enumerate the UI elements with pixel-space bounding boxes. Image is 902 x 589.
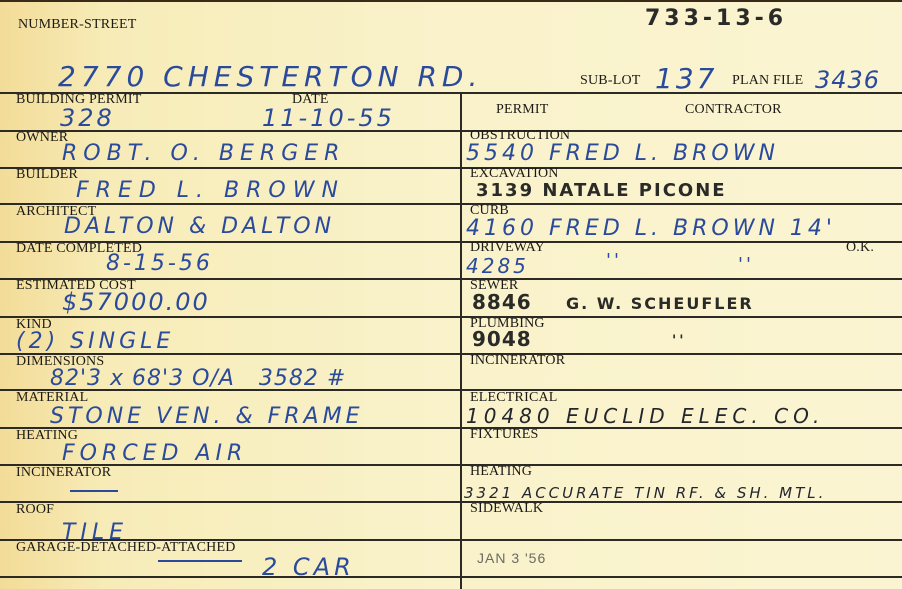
heating-permit-label: HEATING xyxy=(470,465,532,479)
rule xyxy=(0,167,902,169)
date-stamp: JAN 3 '56 xyxy=(477,550,546,566)
column-divider xyxy=(460,92,462,589)
incinerator-dash xyxy=(70,490,118,492)
rule xyxy=(0,130,902,132)
curb-value: 4160 FRED L. BROWN 14' xyxy=(466,216,836,241)
sewer-permit: 8846 xyxy=(472,290,532,314)
number-street-label: NUMBER-STREET xyxy=(18,18,137,32)
rule xyxy=(0,576,902,578)
architect-value: DALTON & DALTON xyxy=(64,214,335,239)
fixtures-label: FIXTURES xyxy=(470,428,539,442)
sewer-contractor: G. W. SCHEUFLER xyxy=(566,294,754,313)
builder-label: BUILDER xyxy=(16,168,78,182)
incinerator-label: INCINERATOR xyxy=(16,466,111,480)
plumbing-permit: 9048 xyxy=(472,327,532,351)
garage-value: 2 CAR xyxy=(262,553,355,581)
date-value: 11-10-55 xyxy=(262,104,395,132)
driveway-label: DRIVEWAY xyxy=(470,241,545,255)
sub-lot-label: SUB-LOT xyxy=(580,74,641,88)
estimated-cost-value: $57000.00 xyxy=(62,288,210,316)
builder-value: FRED L. BROWN xyxy=(76,178,345,203)
plan-file-value: 3436 xyxy=(815,66,880,94)
garage-label: GARAGE-DETACHED-ATTACHED xyxy=(16,541,236,555)
permit-index-card: 733-13-6 NUMBER-STREET 2770 CHESTERTON R… xyxy=(0,0,902,589)
excavation-value: 3139 NATALE PICONE xyxy=(476,180,727,201)
number-street-value: 2770 CHESTERTON RD. xyxy=(58,60,482,93)
driveway-permit: 4285 xyxy=(466,254,529,278)
permit-column-header: PERMIT xyxy=(496,103,549,117)
sidewalk-label: SIDEWALK xyxy=(470,502,543,516)
electrical-value: 10480 EUCLID ELEC. CO. xyxy=(466,404,824,428)
contractor-column-header: CONTRACTOR xyxy=(685,103,782,117)
plumbing-ditto: '' xyxy=(672,333,687,349)
material-label: MATERIAL xyxy=(16,391,88,405)
plan-file-label: PLAN FILE xyxy=(732,74,803,88)
dimensions-value: 82'3 x 68'3 O/A 3582 # xyxy=(50,366,346,391)
card-number: 733-13-6 xyxy=(645,6,787,31)
owner-value: ROBT. O. BERGER xyxy=(62,141,345,166)
obstruction-value: 5540 FRED L. BROWN xyxy=(466,141,779,166)
heating-permit-value: 3321 ACCURATE TIN RF. & SH. MTL. xyxy=(464,484,826,502)
card-top-edge xyxy=(0,0,902,2)
electrical-label: ELECTRICAL xyxy=(470,391,558,405)
roof-label: ROOF xyxy=(16,503,54,517)
building-permit-value: 328 xyxy=(60,104,115,132)
sub-lot-value: 137 xyxy=(655,62,717,95)
curb-ok-note: O.K. xyxy=(846,241,874,255)
date-completed-value: 8-15-56 xyxy=(106,251,213,276)
excavation-label: EXCAVATION xyxy=(470,167,559,181)
incinerator-permit-label: INCINERATOR xyxy=(470,354,565,368)
rule xyxy=(0,316,902,318)
driveway-ditto-2: '' xyxy=(738,254,754,275)
attached-underline xyxy=(158,560,242,562)
material-value: STONE VEN. & FRAME xyxy=(50,404,363,429)
owner-label: OWNER xyxy=(16,131,68,145)
rule xyxy=(0,203,902,205)
heating-value: FORCED AIR xyxy=(62,441,247,466)
kind-value: (2) SINGLE xyxy=(16,329,174,354)
driveway-ditto-1: '' xyxy=(606,250,622,271)
